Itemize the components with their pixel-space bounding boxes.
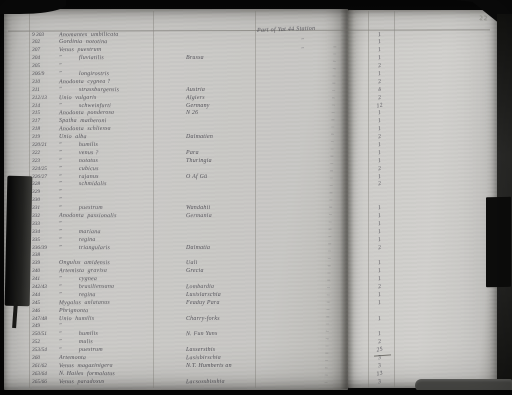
row-locality: Germany bbox=[186, 103, 210, 111]
ledger-row: 318 Anodonta schliessa 1 bbox=[0, 126, 512, 134]
photo-top-edge bbox=[0, 0, 512, 9]
row-locality: Lusislarschia bbox=[186, 292, 221, 300]
page-number-stamp: 22 bbox=[479, 15, 488, 22]
row-number: 345 bbox=[32, 300, 59, 308]
ledger-row: 328 ″ schmidalis 2 bbox=[0, 181, 512, 189]
row-number: 341 bbox=[32, 276, 59, 284]
row-number: 361/62 bbox=[32, 363, 59, 371]
row-number: 307 bbox=[32, 47, 59, 55]
row-number: 340 bbox=[32, 268, 59, 276]
row-locality: Lacsossbisshia bbox=[186, 378, 225, 386]
row-name: ″ regina bbox=[59, 292, 96, 300]
ledger-row: 304 ″ fluviatilis Brussa 1 bbox=[0, 55, 512, 63]
photo-bottom-edge bbox=[0, 390, 512, 395]
ledger-row: 305 ″ 2 bbox=[0, 63, 512, 71]
row-locality: Dalmatia bbox=[186, 245, 210, 253]
row-number: 324/25 bbox=[32, 166, 59, 174]
row-name: ″ humilis bbox=[59, 142, 98, 150]
row-locality: N 26 bbox=[186, 110, 198, 118]
ledger-row: 361/62 Venus magazinigera N.T. Humberts … bbox=[0, 363, 512, 371]
row-number: 318 bbox=[32, 126, 59, 134]
row-number: 353/54 bbox=[32, 347, 59, 355]
row-name: Venus paradoxus bbox=[59, 378, 105, 386]
ledger-row: 336/39 ″ triangularis Dalmatia 2 bbox=[0, 245, 512, 253]
row-locality: Germania bbox=[186, 213, 212, 221]
row-name: ″ cubicus bbox=[59, 166, 99, 174]
ledger-row: 363/64 N. Hailes formalatus 13 bbox=[0, 371, 512, 379]
row-number: 332 bbox=[32, 213, 59, 221]
row-number: 344 bbox=[32, 292, 59, 300]
row-name: Phrignonta bbox=[59, 308, 88, 316]
row-name: ″ mariana bbox=[59, 229, 101, 237]
ledger-row: 335 ″ regina 1 bbox=[0, 237, 512, 245]
row-locality: Austria bbox=[186, 87, 205, 95]
ledger-row: 329 ″ bbox=[0, 189, 512, 197]
row-number: 320/21 bbox=[32, 142, 59, 150]
row-name: ″ strassburgensis bbox=[59, 87, 119, 95]
row-number: 333 bbox=[32, 221, 59, 229]
row-number: 342/43 bbox=[32, 284, 59, 292]
row-number: 352 bbox=[32, 339, 59, 347]
ledger-row: 320/21 ″ humilis 1 bbox=[0, 142, 512, 150]
row-number: 334 bbox=[32, 229, 59, 237]
ledger-row: 330 ″ bbox=[0, 197, 512, 205]
ledger-row: 306/9 ″ longirostris 1 bbox=[0, 71, 512, 79]
row-number: 317 bbox=[32, 118, 59, 126]
right-book-clip bbox=[486, 197, 511, 287]
row-number: 314 bbox=[32, 103, 59, 111]
row-name: Unio alba bbox=[59, 134, 87, 142]
row-name: ″ venus ? bbox=[59, 150, 99, 158]
row-number: 310 bbox=[32, 79, 59, 87]
row-locality: Wandahii bbox=[186, 205, 210, 213]
row-number: 312/13 bbox=[32, 95, 59, 103]
row-name: N. Hailes formalatus bbox=[59, 371, 115, 379]
row-name: Artemonta bbox=[59, 355, 86, 363]
row-name: ″ bbox=[59, 63, 62, 71]
ledger-row: 340 Artemista gravisa Grecia 1 bbox=[0, 268, 512, 276]
ledger-row: 339 Ongulus amidensis Uali 1 bbox=[0, 260, 512, 268]
row-number: 347/48 bbox=[32, 316, 59, 324]
ledger-row: 332 Anodonta passionalis Germania 1 bbox=[0, 213, 512, 221]
row-locality: Algiers bbox=[186, 94, 205, 102]
row-locality: Grecia bbox=[186, 268, 204, 276]
ledger-row: 324/25 ″ cubicus 2 bbox=[0, 166, 512, 174]
ledger-row: 323 ″ notatus Thuringia 1 bbox=[0, 158, 512, 166]
row-name: ″ regina bbox=[59, 236, 96, 244]
row-locality: Dalmatien bbox=[186, 134, 213, 142]
ledger-row: 319 Unio alba Dalmatien 2 bbox=[0, 134, 512, 142]
left-book-strap bbox=[5, 176, 33, 306]
row-number: 349 bbox=[32, 323, 59, 331]
row-number: 339 bbox=[32, 260, 59, 268]
row-number: 306/9 bbox=[32, 71, 59, 79]
row-locality: Lasisbirschia bbox=[186, 355, 221, 363]
ledger-row: 345 Mygalus anlatanus Feaduy Para 1 bbox=[0, 300, 512, 308]
row-number: 9 303 bbox=[32, 32, 59, 40]
row-name: ″ longirostris bbox=[59, 71, 109, 79]
ledger-row: 311 ″ strassburgensis Austria 4 bbox=[0, 87, 512, 95]
row-number: 331 bbox=[32, 205, 59, 213]
row-locality: O Af Gü bbox=[186, 174, 207, 182]
row-name: ″ bbox=[59, 221, 62, 229]
row-number: 363/64 bbox=[32, 371, 59, 379]
row-number: 346 bbox=[32, 308, 59, 316]
row-locality: N. Fun Yuns bbox=[186, 331, 218, 339]
ledger-row: 317 Spatha matheroni 1 bbox=[0, 118, 512, 126]
row-locality: Lassersthis bbox=[186, 347, 215, 355]
row-name: ″ triangularis bbox=[59, 244, 110, 252]
row-locality: Charry-forks bbox=[186, 316, 220, 324]
row-number: 329 bbox=[32, 189, 59, 197]
row-number: 322 bbox=[32, 150, 59, 158]
ledger-row: 334 ″ mariana 1 bbox=[0, 229, 512, 237]
row-number: 323 bbox=[32, 158, 59, 166]
ledger-row: 353/54 ″ puestrum Lassersthis 25 bbox=[0, 347, 512, 355]
ledger-row: 341 ″ cygnea 1 bbox=[0, 276, 512, 284]
row-locality: N.T. Humberts an bbox=[186, 363, 232, 371]
row-locality: Para bbox=[186, 150, 199, 158]
ledger-row: 322 ″ venus ? Para 1 bbox=[0, 150, 512, 158]
row-number: 304 bbox=[32, 55, 59, 63]
row-locality: Lombardia bbox=[186, 284, 214, 292]
row-number: 335 bbox=[32, 237, 59, 245]
row-number: 360 bbox=[32, 355, 59, 363]
row-name: ″ cygnea bbox=[59, 276, 97, 284]
row-number: 330 bbox=[32, 197, 59, 205]
ledger-row: 342/43 ″ brasiliensana Lombardia 2 bbox=[0, 284, 512, 292]
ledger-row: 352 ″ mulis 2 bbox=[0, 339, 512, 347]
row-locality: Brussa bbox=[186, 55, 204, 63]
row-name: Unio humilis bbox=[59, 315, 94, 323]
row-number: 311 bbox=[32, 87, 59, 95]
row-name: ″ notatus bbox=[59, 158, 98, 166]
row-number: 365/66 bbox=[32, 379, 59, 387]
row-name: ″ fluviatilis bbox=[59, 55, 104, 63]
row-number: 319 bbox=[32, 134, 59, 142]
row-number: 302 bbox=[32, 39, 59, 47]
row-name: Anodonta passionalis bbox=[59, 213, 117, 221]
row-locality: Uali bbox=[186, 260, 198, 268]
row-name: Unio vulgaris bbox=[59, 94, 97, 102]
ledger-photo: Part of Yat 44 Station ″ ″ 22 9 303 Anom… bbox=[0, 0, 512, 395]
row-number: 326/27 bbox=[32, 174, 59, 182]
ledger-row: 310 Anodonta cygnea ? 2 bbox=[0, 79, 512, 87]
ledger-row: 360 Artemonta Lasisbirschia 3 bbox=[0, 355, 512, 363]
row-number: 315 bbox=[32, 110, 59, 118]
row-locality: Thuringia bbox=[186, 158, 212, 166]
row-number: 328 bbox=[32, 181, 59, 189]
row-name: ″ schmidalis bbox=[59, 181, 107, 189]
ledger-row: 333 ″ 1 bbox=[0, 221, 512, 229]
ledger-row: 346 Phrignonta bbox=[0, 308, 512, 316]
row-name: ″ bbox=[59, 197, 62, 205]
row-number: 338 bbox=[32, 252, 59, 260]
row-number: 336/39 bbox=[32, 245, 59, 253]
ledger-rows: 9 303 Anomantes umbilicata 1 302 Gordini… bbox=[0, 32, 512, 387]
ledger-row: 312/13 Unio vulgaris Algiers 2 bbox=[0, 95, 512, 103]
ledger-row: 344 ″ regina Lusislarschia 1 bbox=[0, 292, 512, 300]
row-number: 305 bbox=[32, 63, 59, 71]
ledger-row: 347/48 Unio humilis Charry-forks 1 bbox=[0, 316, 512, 324]
ledger-row: 331 ″ puestrum Wandahii 1 bbox=[0, 205, 512, 213]
row-number: 350/51 bbox=[32, 331, 59, 339]
row-locality: Feaduy Para bbox=[186, 300, 220, 308]
